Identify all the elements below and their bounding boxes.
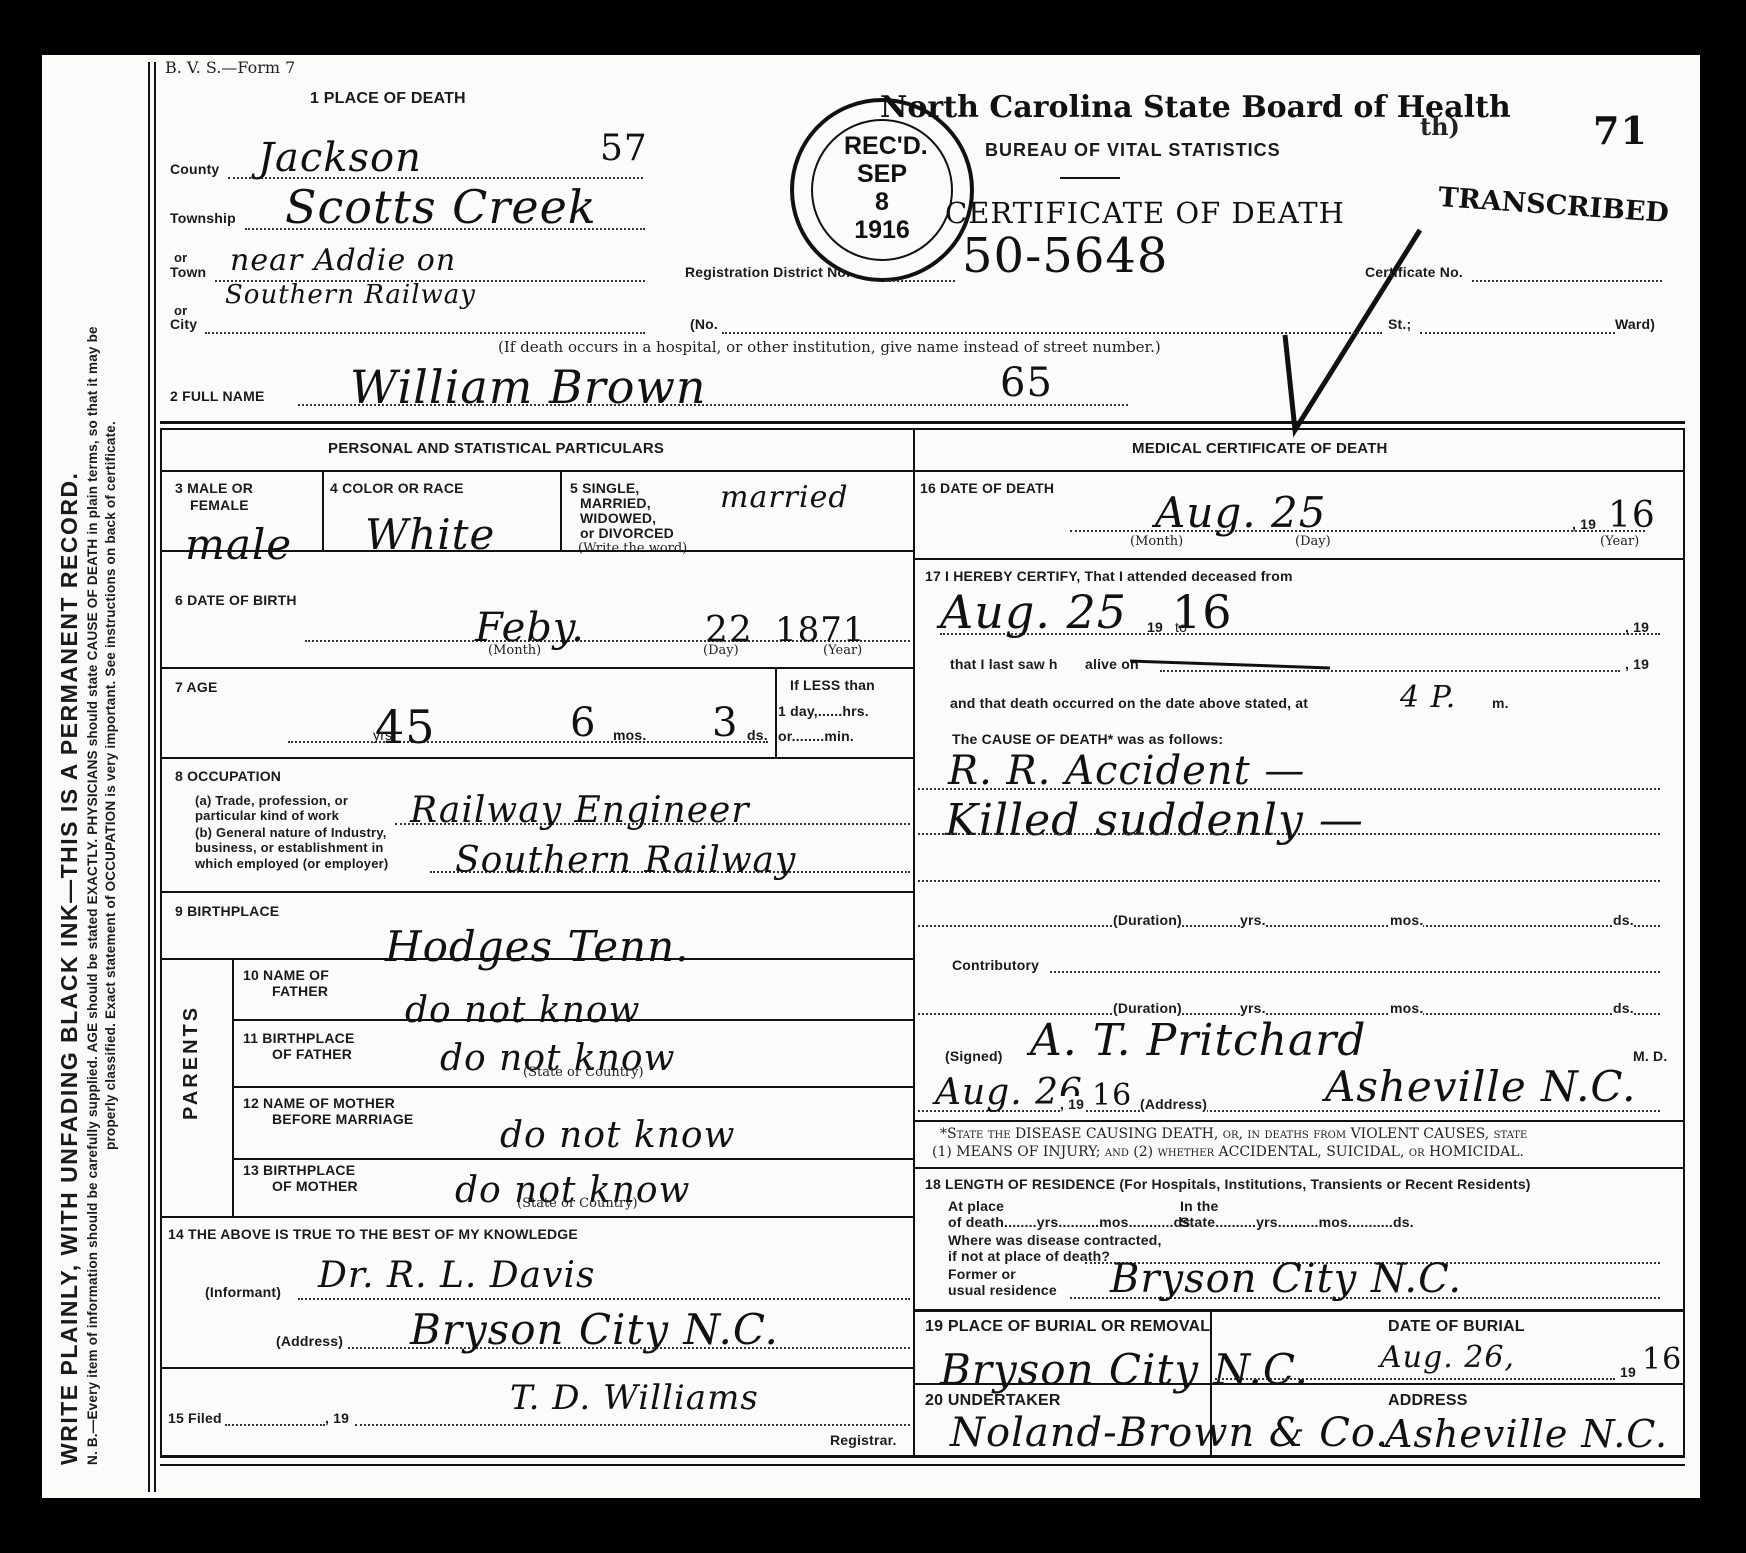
board-title: North Carolina State Board of Health <box>880 90 1511 125</box>
received-stamp: REC'D. SEP 8 1916 <box>790 98 974 282</box>
registration-district-label: Registration District No. <box>685 264 850 280</box>
at-place-2: of death........yrs..........mos........… <box>948 1214 1194 1230</box>
last-saw-year-prefix: , 19 <box>1625 656 1649 672</box>
row-rule <box>232 1086 913 1088</box>
father-name-label-1: 10 NAME OF <box>243 967 329 983</box>
registration-district-line <box>885 280 955 282</box>
burial-date-label: DATE OF BURIAL <box>1388 1318 1525 1336</box>
row-rule <box>160 1216 913 1218</box>
less-than-2: 1 day,......hrs. <box>778 703 869 719</box>
mother-birthplace-label-1: 13 BIRTHPLACE <box>243 1162 355 1178</box>
at-place-1: At place <box>948 1198 1004 1214</box>
certify-label: 17 I HEREBY CERTIFY, That I attended dec… <box>925 568 1293 584</box>
father-name-value: do not know <box>405 990 640 1031</box>
year-caption: (Year) <box>823 643 862 658</box>
month-caption: (Month) <box>488 643 541 658</box>
row-rule <box>913 470 1683 472</box>
birthplace-label: 9 BIRTHPLACE <box>175 903 279 919</box>
street-line <box>722 332 1382 334</box>
ward-label: Ward) <box>1615 316 1655 332</box>
attended-year-prefix: 19 <box>1147 619 1163 635</box>
last-saw-suffix: alive on <box>1085 656 1139 672</box>
board-title-suffix: th) <box>1420 112 1460 141</box>
town-value-line2: Southern Railway <box>225 280 476 310</box>
duration-mos: mos. <box>1390 912 1423 928</box>
occupation-b-3: which employed (or employer) <box>195 856 388 871</box>
certificate-no-label: Certificate No. <box>1365 264 1463 280</box>
occupation-a-2: particular kind of work <box>195 808 339 823</box>
row-rule <box>913 1120 1683 1122</box>
header-rule <box>160 421 1685 424</box>
duration-label: (Duration) <box>1113 912 1182 928</box>
place-of-death-heading: 1 PLACE OF DEATH <box>310 90 466 108</box>
parents-label: PARENTS <box>180 1005 203 1120</box>
stamp-label: REC'D. <box>844 132 920 160</box>
occupation-a-value: Railway Engineer <box>410 790 750 831</box>
hospital-note: (If death occurs in a hospital, or other… <box>498 338 1161 356</box>
age-yrs-unit: yrs. <box>373 727 396 743</box>
father-birthplace-label-2: OF FATHER <box>272 1046 352 1062</box>
attended-to-year-prefix: , 19 <box>1625 619 1649 635</box>
father-state-caption: (State or Country) <box>523 1065 644 1080</box>
contributory-mos: mos. <box>1390 1000 1423 1016</box>
filed-year-prefix: , 19 <box>325 1410 349 1426</box>
former-1: Former or <box>948 1266 1016 1282</box>
registrar-line <box>355 1424 910 1426</box>
cell-divider <box>322 470 324 550</box>
marital-label-2: MARRIED, <box>580 495 651 511</box>
in-state-1: In the <box>1180 1198 1219 1214</box>
age-label: 7 AGE <box>175 679 218 695</box>
cause-line <box>918 880 1660 882</box>
county-note: 57 <box>600 128 648 169</box>
form-id: B. V. S.—Form 7 <box>165 58 295 77</box>
cell-divider <box>775 667 777 757</box>
ward-line <box>1420 332 1615 334</box>
sex-value: male <box>185 520 292 569</box>
corner-number: 71 <box>1593 108 1648 153</box>
contributory-yrs: yrs. <box>1240 1000 1266 1016</box>
row-rule <box>913 1309 1683 1312</box>
sex-label-2: FEMALE <box>190 497 249 513</box>
residence-label: 18 LENGTH OF RESIDENCE (For Hospitals, I… <box>925 1176 1531 1192</box>
age-line <box>288 741 768 743</box>
marital-label-5: (Write the word) <box>578 541 687 556</box>
signed-year: 16 <box>1092 1078 1132 1113</box>
row-rule <box>160 470 913 472</box>
mother-name-label-1: 12 NAME OF MOTHER <box>243 1095 395 1111</box>
contributory-line <box>1050 971 1660 973</box>
burial-year: 16 <box>1642 1342 1682 1377</box>
knowledge-label: 14 THE ABOVE IS TRUE TO THE BEST OF MY K… <box>168 1226 578 1242</box>
contributory-ds: ds. <box>1613 1000 1634 1016</box>
row-rule <box>160 757 913 759</box>
informant-label: (Informant) <box>205 1284 281 1300</box>
attended-from: Aug. 25 <box>940 585 1127 639</box>
row-rule <box>160 1367 913 1369</box>
burial-date-line <box>1215 1378 1615 1380</box>
stamp-day: 8 <box>844 188 920 216</box>
full-name-value: William Brown <box>350 360 706 414</box>
mother-name-value: do not know <box>500 1115 735 1156</box>
township-label: Township <box>170 210 236 226</box>
burial-place-label: 19 PLACE OF BURIAL OR REMOVAL <box>925 1318 1210 1336</box>
marital-label-1: 5 SINGLE, <box>570 480 639 496</box>
header-rule <box>160 428 1685 430</box>
dod-day-caption: (Day) <box>1295 534 1331 549</box>
occupation-a-1: (a) Trade, profession, or <box>195 793 348 808</box>
personal-heading: PERSONAL AND STATISTICAL PARTICULARS <box>328 440 664 457</box>
signed-value: A. T. Pritchard <box>1030 1015 1366 1066</box>
dod-year-prefix: , 19 <box>1572 516 1596 532</box>
informant-value: Dr. R. L. Davis <box>318 1255 595 1296</box>
undertaker-value: Noland-Brown & Co. <box>950 1410 1389 1456</box>
footnote-line-1: *State the DISEASE CAUSING DEATH, or, in… <box>940 1126 1527 1142</box>
age-months: 6 <box>570 700 596 746</box>
undertaker-address-label: ADDRESS <box>1388 1392 1468 1410</box>
birthplace-value: Hodges Tenn. <box>385 922 690 971</box>
last-saw-line <box>1160 670 1620 672</box>
row-rule <box>232 1019 913 1021</box>
left-border <box>160 428 162 1458</box>
mother-birthplace-label-2: OF MOTHER <box>272 1178 358 1194</box>
city-line <box>205 332 645 334</box>
dod-month-day: Aug. 25 <box>1155 488 1326 537</box>
signed-label: (Signed) <box>945 1048 1003 1064</box>
row-rule <box>232 1158 913 1160</box>
margin-note-line2: properly classified. Exact statement of … <box>103 421 118 1150</box>
age-mos-unit: mos. <box>613 727 646 743</box>
county-value: Jackson <box>258 135 422 181</box>
registrar-label: Registrar. <box>830 1432 897 1448</box>
street-label: St.; <box>1388 316 1411 332</box>
duration-yrs: yrs. <box>1240 912 1266 928</box>
cause-line <box>918 833 1660 835</box>
street-no-label: (No. <box>690 316 718 332</box>
md-label: M. D. <box>1633 1048 1667 1064</box>
age-days: 3 <box>712 700 738 746</box>
attended-to: to <box>1175 619 1187 635</box>
row-rule <box>913 1167 1683 1169</box>
dob-label: 6 DATE OF BIRTH <box>175 592 297 608</box>
burial-date-value: Aug. 26, <box>1380 1340 1515 1375</box>
mother-state-caption: (State or Country) <box>517 1196 638 1211</box>
filed-label: 15 Filed <box>168 1410 222 1426</box>
row-rule <box>913 1383 1683 1385</box>
bureau-name: BUREAU OF VITAL STATISTICS <box>985 140 1281 161</box>
certificate-no-line <box>1472 280 1662 282</box>
former-2: usual residence <box>948 1282 1057 1298</box>
death-time-label: and that death occurred on the date abov… <box>950 695 1308 711</box>
cause-line <box>918 788 1660 790</box>
marital-label-3: WIDOWED, <box>580 510 656 526</box>
dod-label: 16 DATE OF DEATH <box>920 480 1054 496</box>
city-label: City <box>170 316 197 332</box>
father-birthplace-label-1: 11 BIRTHPLACE <box>243 1030 355 1046</box>
county-label: County <box>170 161 219 177</box>
occupation-b-2: business, or establishment in <box>195 840 384 855</box>
filed-line <box>225 1424 325 1426</box>
margin-border-line <box>148 62 150 1492</box>
dod-month-caption: (Month) <box>1130 534 1183 549</box>
registrar-signature: T. D. Williams <box>510 1378 759 1418</box>
full-name-label: 2 FULL NAME <box>170 388 265 404</box>
contracted-1: Where was disease contracted, <box>948 1232 1162 1248</box>
margin-note-line1: N. B.—Every item of information should b… <box>85 326 100 1465</box>
margin-instruction: WRITE PLAINLY, WITH UNFADING BLACK INK—T… <box>56 472 83 1465</box>
sex-label-1: 3 MALE OR <box>175 480 253 496</box>
mother-name-label-2: BEFORE MARRIAGE <box>272 1111 413 1127</box>
cause-line <box>918 925 1660 927</box>
in-state-2: State..........yrs..........mos.........… <box>1180 1214 1414 1230</box>
row-rule <box>160 891 913 893</box>
bottom-rule <box>160 1464 1685 1466</box>
death-time-value: 4 P. <box>1400 680 1456 715</box>
contributory-label: Contributory <box>952 957 1039 973</box>
stamp-year: 1916 <box>844 216 920 244</box>
less-than-3: or........min. <box>778 728 854 744</box>
marital-label-4: or DIVORCED <box>580 525 674 541</box>
dod-year-caption: (Year) <box>1600 534 1639 549</box>
township-value: Scotts Creek <box>285 180 597 234</box>
age-ds-unit: ds. <box>747 727 768 743</box>
full-name-note: 65 <box>1000 360 1053 406</box>
cell-divider <box>560 470 562 550</box>
former-residence-value: Bryson City N.C. <box>1110 1256 1462 1302</box>
margin-border-line <box>154 62 156 1492</box>
title-rule <box>1060 177 1120 179</box>
registration-number: 50-5648 <box>962 228 1168 284</box>
row-rule <box>913 558 1683 560</box>
less-than-1: If LESS than <box>790 677 875 693</box>
burial-place-value: Bryson City N.C. <box>940 1345 1309 1394</box>
marital-value: married <box>720 480 849 515</box>
medical-heading: MEDICAL CERTIFICATE OF DEATH <box>1132 440 1388 457</box>
death-time-suffix: m. <box>1492 695 1509 711</box>
right-border <box>1683 428 1685 1458</box>
signed-year-prefix: , 19 <box>1060 1096 1084 1112</box>
race-label: 4 COLOR OR RACE <box>330 480 464 496</box>
row-rule <box>160 667 913 669</box>
or-label: or <box>174 250 187 265</box>
occupation-b-1: (b) General nature of Industry, <box>195 825 387 840</box>
footnote-line-2: (1) MEANS OF INJURY; and (2) whether ACC… <box>932 1144 1524 1160</box>
informant-address-value: Bryson City N.C. <box>410 1305 779 1354</box>
undertaker-label: 20 UNDERTAKER <box>925 1392 1061 1410</box>
occupation-b-value: Southern Railway <box>455 840 796 881</box>
duration-ds: ds. <box>1613 912 1634 928</box>
occupation-label: 8 OCCUPATION <box>175 768 281 784</box>
undertaker-address-value: Asheville N.C. <box>1385 1412 1668 1456</box>
town-label: Town <box>170 264 206 280</box>
cause-label: The CAUSE OF DEATH* was as follows: <box>952 731 1223 747</box>
informant-address-label: (Address) <box>276 1333 343 1349</box>
cause-line-2: Killed suddenly — <box>945 795 1364 846</box>
signed-address-label: (Address) <box>1140 1096 1207 1112</box>
father-name-label-2: FATHER <box>272 983 328 999</box>
row-rule <box>160 550 913 552</box>
stamp-month: SEP <box>844 160 920 188</box>
signed-address-value: Asheville N.C. <box>1325 1062 1636 1111</box>
row-rule <box>160 958 913 960</box>
column-divider <box>913 428 915 1458</box>
informant-line <box>298 1298 910 1300</box>
day-caption: (Day) <box>703 643 739 658</box>
burial-year-prefix: 19 <box>1620 1364 1636 1380</box>
dod-year: 16 <box>1608 495 1656 536</box>
town-value: near Addie on <box>230 243 456 278</box>
contributory-duration-label: (Duration) <box>1113 1000 1182 1016</box>
last-saw-label: that I last saw h <box>950 656 1058 672</box>
